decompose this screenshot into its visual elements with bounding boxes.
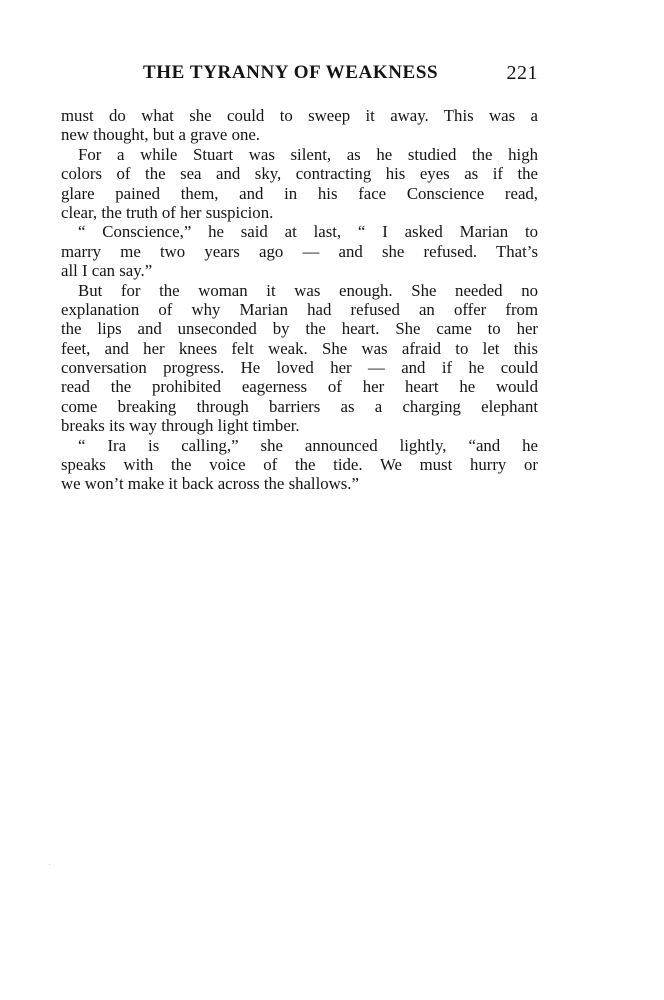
text-line: the lips and unseconded by the heart. Sh… <box>61 319 538 338</box>
text-line: speaks with the voice of the tide. We mu… <box>61 455 538 474</box>
text-line: all I can say.” <box>61 261 538 280</box>
page-number: 221 <box>507 62 539 85</box>
text-line: breaks its way through light timber. <box>61 416 538 435</box>
book-page: THE TYRANNY OF WEAKNESS 221 must do what… <box>0 0 664 1000</box>
text-line: clear, the truth of her suspicion. <box>61 203 538 222</box>
text-line: But for the woman it was enough. She nee… <box>61 281 538 300</box>
text-line: come breaking through barriers as a char… <box>61 397 538 416</box>
chapter-title: THE TYRANNY OF WEAKNESS <box>143 62 438 84</box>
text-line: new thought, but a grave one. <box>61 125 538 144</box>
text-line: conversation progress. He loved her — an… <box>61 358 538 377</box>
text-line: we won’t make it back across the shallow… <box>61 474 538 493</box>
text-line: must do what she could to sweep it away.… <box>61 106 538 125</box>
text-line: “ Ira is calling,” she announced lightly… <box>61 436 538 455</box>
text-line: read the prohibited eagerness of her hea… <box>61 377 538 396</box>
running-head: THE TYRANNY OF WEAKNESS 221 <box>61 62 538 86</box>
text-line: “ Conscience,” he said at last, “ I aske… <box>61 222 538 241</box>
text-line: colors of the sea and sky, contracting h… <box>61 164 538 183</box>
body-text: must do what she could to sweep it away.… <box>61 106 538 494</box>
text-line: glare pained them, and in his face Consc… <box>61 184 538 203</box>
text-line: explanation of why Marian had refused an… <box>61 300 538 319</box>
text-line: feet, and her knees felt weak. She was a… <box>61 339 538 358</box>
scan-speck <box>49 864 50 865</box>
text-line: For a while Stuart was silent, as he stu… <box>61 145 538 164</box>
text-line: marry me two years ago — and she refused… <box>61 242 538 261</box>
